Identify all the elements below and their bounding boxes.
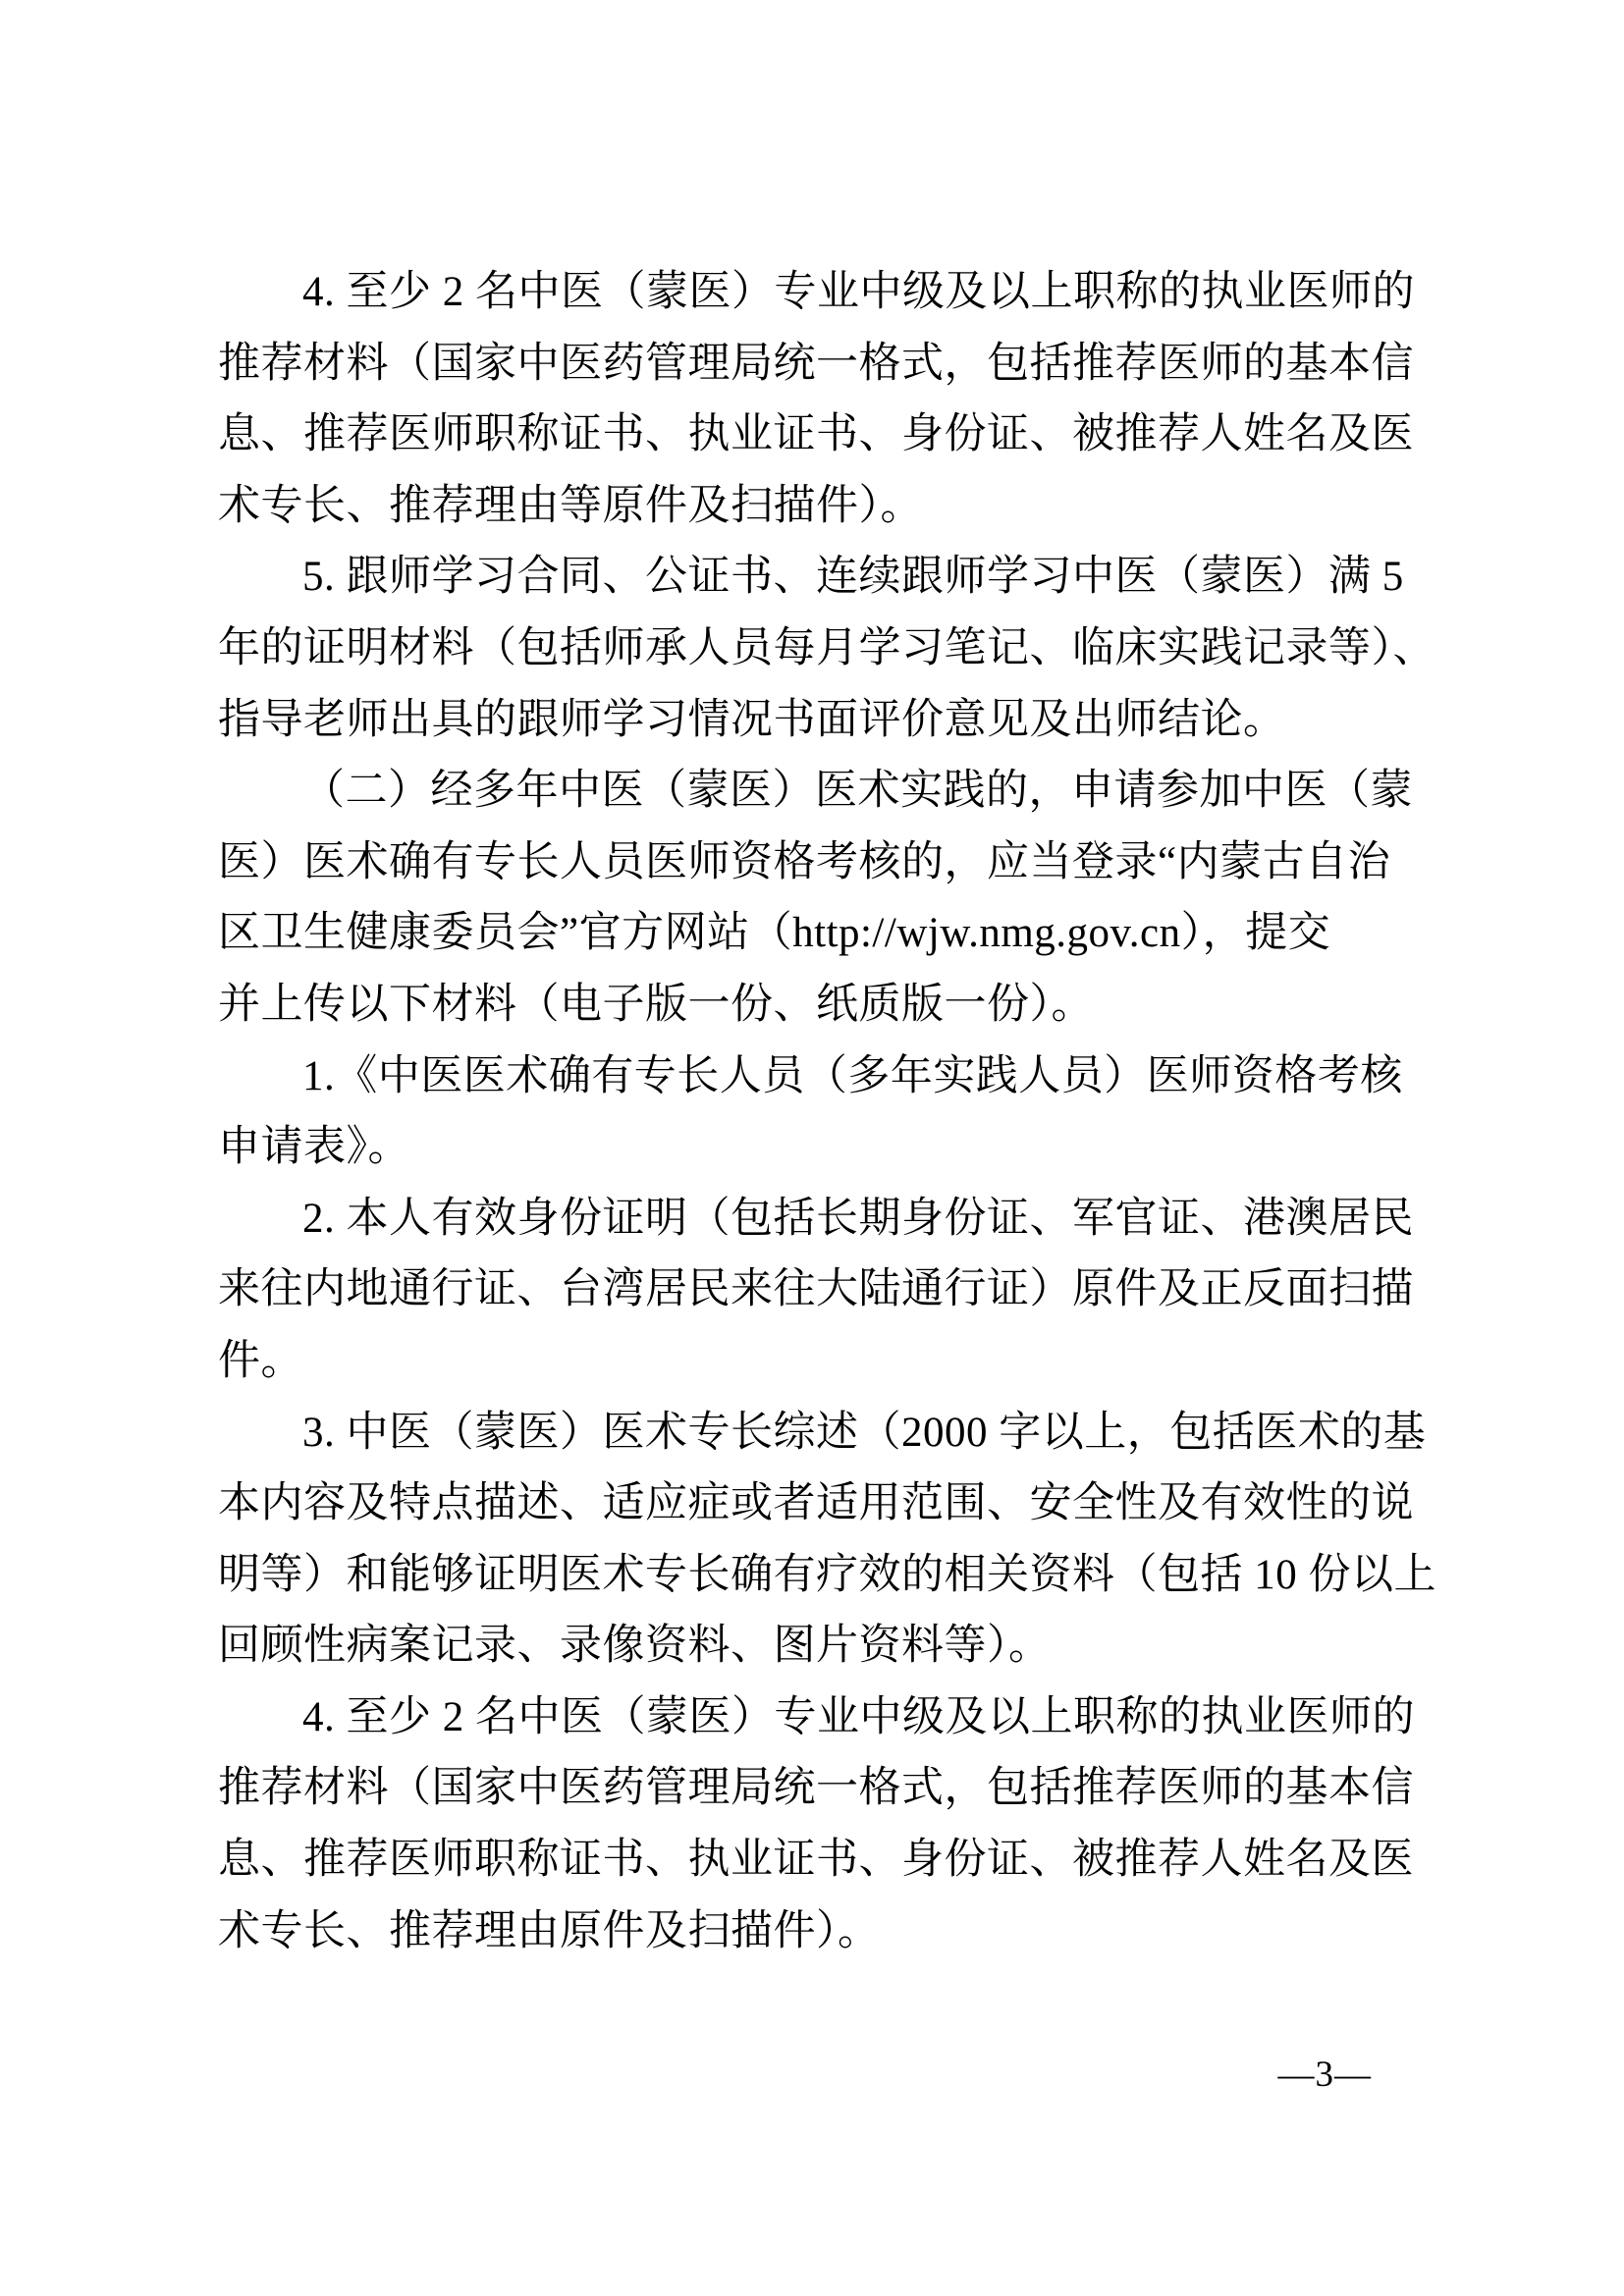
text-line: （二）经多年中医（蒙医）医术实践的，申请参加中医（蒙	[218, 756, 1411, 828]
text-line: 推荐材料（国家中医药管理局统一格式，包括推荐医师的基本信	[218, 1753, 1411, 1825]
text-line: 并上传以下材料（电子版一份、纸质版一份）。	[218, 970, 1411, 1041]
text-line: 件。	[218, 1326, 1411, 1398]
text-line: 指导老师出具的跟师学习情况书面评价意见及出师结论。	[218, 685, 1411, 757]
document-page: 4. 至少 2 名中医（蒙医）专业中级及以上职称的执业医师的推荐材料（国家中医药…	[0, 0, 1624, 2296]
text-line: 医）医术确有专长人员医师资格考核的，应当登录“内蒙古自治	[218, 828, 1411, 899]
text-line: 1.《中医医术确有专长人员（多年实践人员）医师资格考核	[218, 1041, 1411, 1113]
text-line: 回顾性病案记录、录像资料、图片资料等）。	[218, 1611, 1411, 1682]
text-line: 申请表》。	[218, 1112, 1411, 1184]
text-line: 5. 跟师学习合同、公证书、连续跟师学习中医（蒙医）满 5	[218, 542, 1411, 614]
text-line: 明等）和能够证明医术专长确有疗效的相关资料（包括 10 份以上	[218, 1540, 1411, 1612]
document-body: 4. 至少 2 名中医（蒙医）专业中级及以上职称的执业医师的推荐材料（国家中医药…	[218, 257, 1411, 1967]
page-number: —3—	[1278, 2054, 1373, 2096]
text-line: 区卫生健康委员会”官方网站（http://wjw.nmg.gov.cn），提交	[218, 898, 1411, 970]
text-line: 来往内地通行证、台湾居民来往大陆通行证）原件及正反面扫描	[218, 1255, 1411, 1326]
text-line: 推荐材料（国家中医药管理局统一格式，包括推荐医师的基本信	[218, 329, 1411, 400]
text-line: 术专长、推荐理由原件及扫描件）。	[218, 1896, 1411, 1968]
text-line: 4. 至少 2 名中医（蒙医）专业中级及以上职称的执业医师的	[218, 1682, 1411, 1754]
text-line: 息、推荐医师职称证书、执业证书、身份证、被推荐人姓名及医	[218, 400, 1411, 471]
page-number-label: —3—	[1278, 2055, 1373, 2095]
text-line: 本内容及特点描述、适应症或者适用范围、安全性及有效性的说	[218, 1468, 1411, 1540]
text-line: 4. 至少 2 名中医（蒙医）专业中级及以上职称的执业医师的	[218, 257, 1411, 329]
text-line: 年的证明材料（包括师承人员每月学习笔记、临床实践记录等）、	[218, 614, 1411, 685]
text-line: 息、推荐医师职称证书、执业证书、身份证、被推荐人姓名及医	[218, 1825, 1411, 1896]
text-line: 2. 本人有效身份证明（包括长期身份证、军官证、港澳居民	[218, 1184, 1411, 1255]
text-line: 术专长、推荐理由等原件及扫描件）。	[218, 471, 1411, 543]
text-line: 3. 中医（蒙医）医术专长综述（2000 字以上，包括医术的基	[218, 1398, 1411, 1469]
